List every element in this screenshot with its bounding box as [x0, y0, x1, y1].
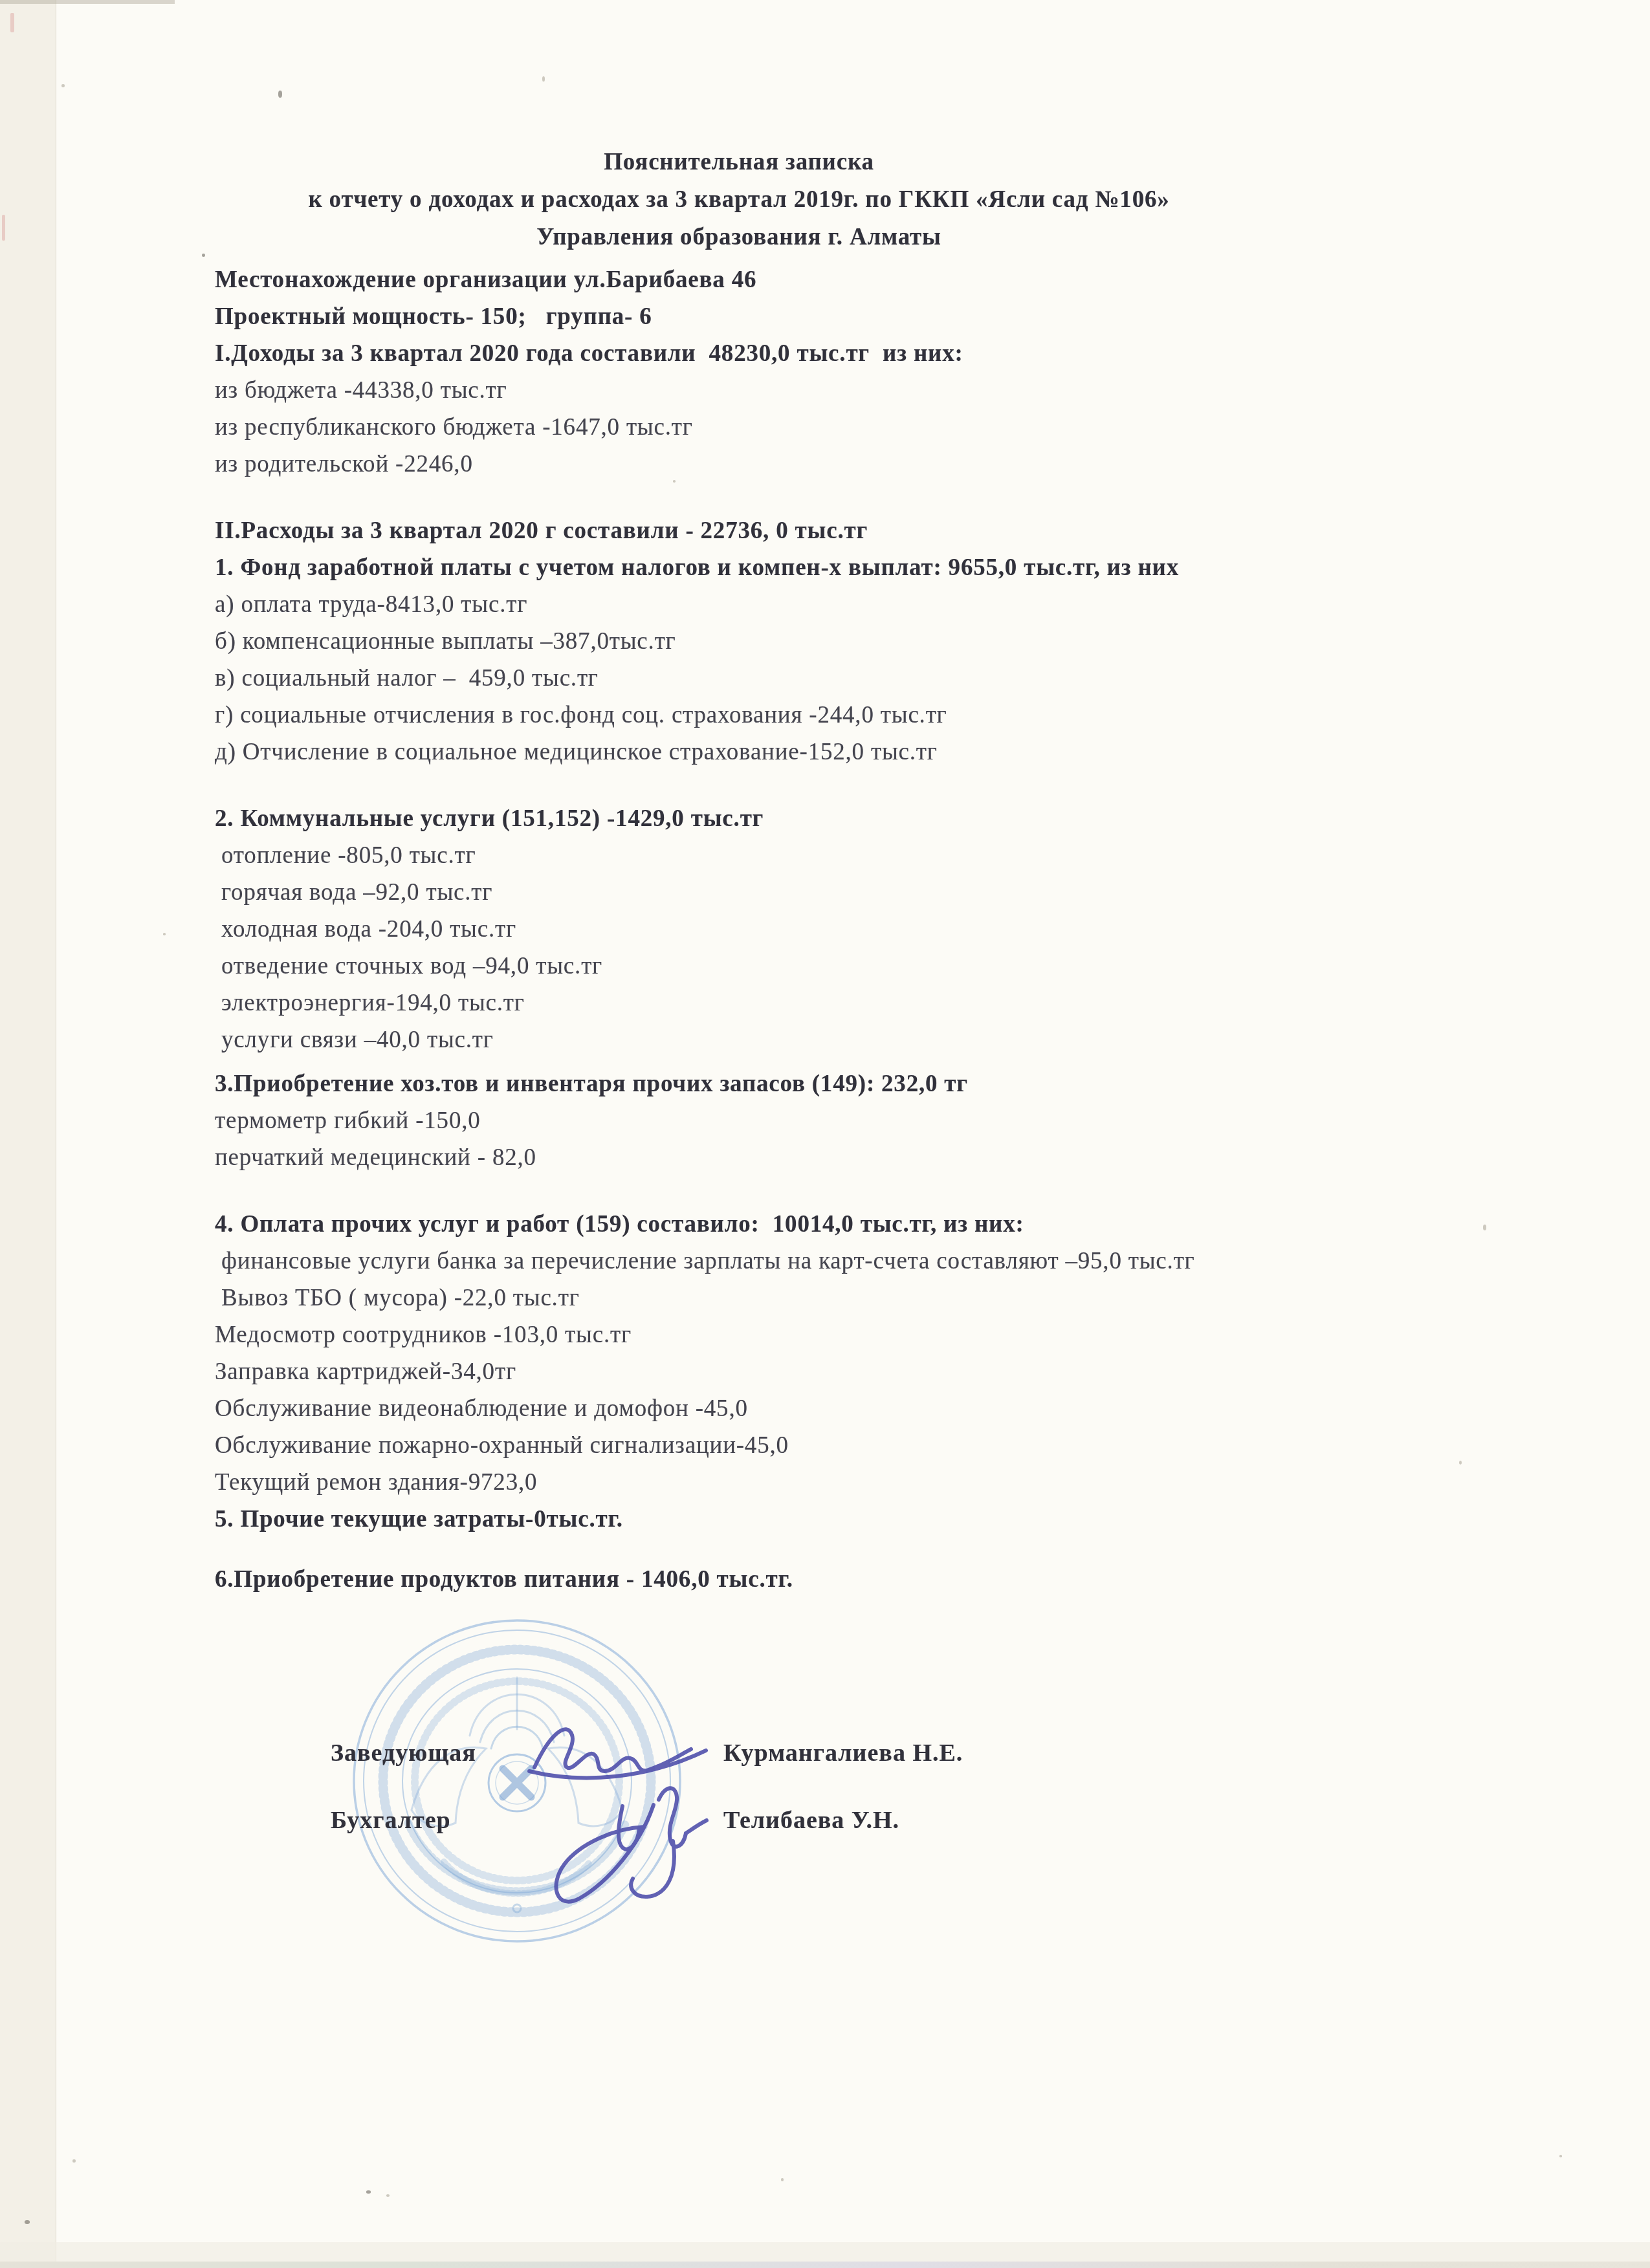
section-household: 3.Приобретение хоз.тов и инвентаря прочи… [215, 1065, 1263, 1176]
scan-speck [278, 91, 282, 98]
text-line: 1. Фонд заработной платы с учетом налого… [215, 549, 1263, 586]
text-line: Проектный мощность- 150; группа- 6 [215, 298, 1263, 335]
signature-name-telibaeva: Телибаева У.Н. [723, 1806, 899, 1835]
text-line: 2. Коммунальные услуги (151,152) -1429,0… [215, 800, 1263, 837]
text-line: Текущий ремон здания-9723,0 [215, 1464, 1263, 1501]
scan-bottom-strip [0, 2262, 1650, 2268]
section-header: Пояснительная запискак отчету о доходах … [215, 144, 1263, 256]
text-line: холодная вода -204,0 тыс.тг [215, 911, 1263, 948]
text-line: II.Расходы за 3 квартал 2020 г составили… [215, 512, 1263, 549]
text-line: отведение сточных вод –94,0 тыс.тг [215, 948, 1263, 985]
signature-name-kurmangalieva: Курмангалиева Н.Е. [723, 1739, 963, 1767]
section-utilities: 2. Коммунальные услуги (151,152) -1429,0… [215, 800, 1263, 1058]
text-line: г) социальные отчисления в гос.фонд соц.… [215, 697, 1263, 734]
section-payroll: II.Расходы за 3 квартал 2020 г составили… [215, 512, 1263, 770]
scan-speck [1483, 1225, 1486, 1230]
text-line: 5. Прочие текущие затраты-0тыс.тг. [215, 1501, 1263, 1538]
text-line: горячая вода –92,0 тыс.тг [215, 874, 1263, 911]
section-income: Местонахождение организации ул.Барибаева… [215, 261, 1263, 483]
text-line: д) Отчисление в социальное медицинское с… [215, 734, 1263, 770]
scan-speck [1459, 1461, 1462, 1465]
scan-speck [202, 254, 205, 257]
text-line: Обслуживание пожарно-охранный сигнализац… [215, 1427, 1263, 1464]
scan-bottom-band [0, 2242, 1650, 2262]
text-line: б) компенсационные выплаты –387,0тыс.тг [215, 623, 1263, 660]
text-line: Пояснительная записка [215, 144, 1263, 181]
scan-top-edge [0, 0, 175, 4]
scan-speck [2, 215, 5, 241]
scanned-document-page: Пояснительная запискак отчету о доходах … [0, 0, 1650, 2268]
document-text: Пояснительная запискак отчету о доходах … [215, 144, 1263, 1598]
text-line: электроэнергия-194,0 тыс.тг [215, 985, 1263, 1021]
scan-speck [386, 2194, 390, 2197]
scan-speck [1559, 2155, 1562, 2157]
text-line: отопление -805,0 тыс.тг [215, 837, 1263, 874]
text-line: 6.Приобретение продуктов питания - 1406,… [215, 1561, 1263, 1598]
text-line: а) оплата труда-8413,0 тыс.тг [215, 586, 1263, 623]
text-line: Медосмотр соотрудников -103,0 тыс.тг [215, 1316, 1263, 1353]
text-line: 3.Приобретение хоз.тов и инвентаря прочи… [215, 1065, 1263, 1102]
scan-speck [61, 84, 65, 87]
scan-speck [25, 2220, 30, 2224]
scan-speck [163, 933, 166, 935]
text-line: перчаткий медецинский - 82,0 [215, 1139, 1263, 1176]
text-line: термометр гибкий -150,0 [215, 1102, 1263, 1139]
text-line: услуги связи –40,0 тыс.тг [215, 1021, 1263, 1058]
text-line: I.Доходы за 3 квартал 2020 года составил… [215, 335, 1263, 372]
text-line: Управления образования г. Алматы [215, 219, 1263, 256]
text-line: из бюджета -44338,0 тыс.тг [215, 372, 1263, 409]
scan-speck [542, 76, 545, 82]
text-line: к отчету о доходах и расходах за 3 кварт… [215, 181, 1263, 219]
scan-speck [10, 13, 14, 32]
scan-speck [673, 480, 676, 483]
section-food: 6.Приобретение продуктов питания - 1406,… [215, 1561, 1263, 1598]
scan-left-edge [0, 0, 56, 2268]
text-line: 4. Оплата прочих услуг и работ (159) сос… [215, 1206, 1263, 1243]
text-line: финансовые услуги банка за перечисление … [215, 1243, 1263, 1280]
text-line: Заправка картриджей-34,0тг [215, 1353, 1263, 1390]
text-line: Местонахождение организации ул.Барибаева… [215, 261, 1263, 298]
text-line: из родительской -2246,0 [215, 446, 1263, 483]
section-services: 4. Оплата прочих услуг и работ (159) сос… [215, 1206, 1263, 1538]
text-line: Вывоз ТБО ( мусора) -22,0 тыс.тг [215, 1280, 1263, 1316]
text-line: Обслуживание видеонаблюдение и домофон -… [215, 1390, 1263, 1427]
signature-role-buhgalter: Бухгалтер [331, 1806, 451, 1835]
scan-speck [366, 2190, 371, 2194]
text-line: в) социальный налог – 459,0 тыс.тг [215, 660, 1263, 697]
text-line: из республиканского бюджета -1647,0 тыс.… [215, 409, 1263, 446]
scan-speck [72, 2159, 76, 2163]
signature-role-zaveduyushchaya: Заведующая [331, 1739, 476, 1767]
scan-speck [781, 2178, 784, 2181]
handwritten-signatures [453, 1695, 764, 1915]
